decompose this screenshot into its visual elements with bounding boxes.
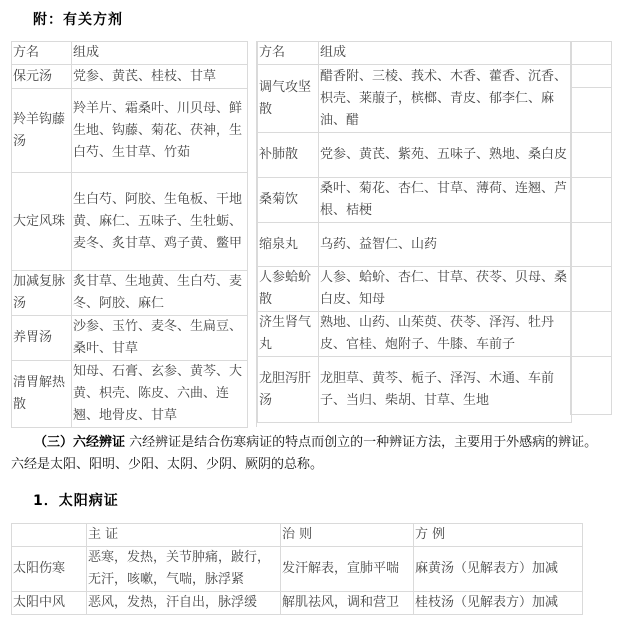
formula-table-right: 方名 组成 调气攻坚散 醋香附、三棱、莪术、木香、藿香、沉香、枳壳、莱菔子，槟榔… bbox=[257, 41, 572, 423]
formula-composition: 醋香附、三棱、莪术、木香、藿香、沉香、枳壳、莱菔子，槟榔、青皮、郁李仁、麻油、醋 bbox=[319, 65, 572, 133]
table-row: 羚羊钩藤汤 羚羊片、霜桑叶、川贝母、鲜生地、钩藤、菊花、茯神，生白芍、生甘草、竹… bbox=[12, 89, 248, 173]
table-separator-column bbox=[247, 41, 257, 427]
formula-name: 清胃解热散 bbox=[12, 361, 72, 428]
section-paragraph: （三）六经辨证 六经辨证是结合伤寒病证的特点而创立的一种辨证方法，主要用于外感病… bbox=[11, 432, 623, 476]
syndrome-formula: 桂枝汤（见解表方）加减 bbox=[414, 592, 583, 615]
section-text-line2: 六经是太阳、阳明、少阳、太阴、少阴、厥阴的总称。 bbox=[11, 454, 623, 476]
formula-table-extra-column bbox=[570, 41, 612, 415]
syndrome-symptoms: 恶风，发热，汗自出，脉浮缓 bbox=[87, 592, 281, 615]
empty-cell bbox=[571, 88, 612, 133]
formula-composition: 羚羊片、霜桑叶、川贝母、鲜生地、钩藤、菊花、茯神，生白芍、生甘草、竹茹 bbox=[72, 89, 248, 173]
formula-composition: 生白芍、阿胶、生龟板、干地黄、麻仁、五味子、生牡蛎、麦冬、炙甘草、鸡子黄、鳖甲 bbox=[72, 173, 248, 271]
header-symptoms: 主 证 bbox=[87, 524, 281, 547]
header-name: 方名 bbox=[12, 42, 72, 65]
header-name: 方名 bbox=[258, 42, 319, 65]
header-composition: 组成 bbox=[72, 42, 248, 65]
section-text-line1: 六经辨证是结合伤寒病证的特点而创立的一种辨证方法，主要用于外感病的辨证。 bbox=[125, 435, 597, 450]
header-principle: 治 则 bbox=[281, 524, 414, 547]
formula-name: 补肺散 bbox=[258, 133, 319, 178]
formula-name: 羚羊钩藤汤 bbox=[12, 89, 72, 173]
table-row: 补肺散 党参、黄芪、紫苑、五味子、熟地、桑白皮 bbox=[258, 133, 572, 178]
formula-name: 大定风珠 bbox=[12, 173, 72, 271]
formula-composition: 知母、石膏、玄参、黄芩、大黄、枳壳、陈皮、六曲、连翘、地骨皮、甘草 bbox=[72, 361, 248, 428]
header-composition: 组成 bbox=[319, 42, 572, 65]
empty-cell bbox=[571, 133, 612, 178]
header-formula: 方 例 bbox=[414, 524, 583, 547]
syndrome-type: 太阳中风 bbox=[12, 592, 87, 615]
empty-cell bbox=[571, 312, 612, 357]
formula-name: 保元汤 bbox=[12, 65, 72, 89]
table-row: 大定风珠 生白芍、阿胶、生龟板、干地黄、麻仁、五味子、生牡蛎、麦冬、炙甘草、鸡子… bbox=[12, 173, 248, 271]
formula-composition: 党参、黄芪、桂枝、甘草 bbox=[72, 65, 248, 89]
syndrome-table: 主 证 治 则 方 例 太阳伤寒 恶寒，发热，关节肿痛，跛行，无汗，咳嗽，气喘，… bbox=[11, 523, 583, 615]
formula-name: 缩泉丸 bbox=[258, 223, 319, 267]
table-row: 龙胆泻肝汤 龙胆草、黄芩、栀子、泽泻、木通、车前子、当归、柴胡、甘草、生地 bbox=[258, 357, 572, 423]
table-row: 保元汤 党参、黄芪、桂枝、甘草 bbox=[12, 65, 248, 89]
table-row: 人参蛤蚧散 人参、蛤蚧、杏仁、甘草、茯苓、贝母、桑白皮、知母 bbox=[258, 267, 572, 312]
empty-cell bbox=[571, 223, 612, 267]
formula-composition: 龙胆草、黄芩、栀子、泽泻、木通、车前子、当归、柴胡、甘草、生地 bbox=[319, 357, 572, 423]
table-row: 太阳伤寒 恶寒，发热，关节肿痛，跛行，无汗，咳嗽，气喘，脉浮紧 发汗解表，宣肺平… bbox=[12, 547, 583, 592]
formula-composition: 沙参、玉竹、麦冬、生扁豆、桑叶、甘草 bbox=[72, 316, 248, 361]
table-row: 太阳中风 恶风，发热，汗自出，脉浮缓 解肌祛风，调和营卫 桂枝汤（见解表方）加减 bbox=[12, 592, 583, 615]
formula-name: 龙胆泻肝汤 bbox=[258, 357, 319, 423]
formula-composition: 党参、黄芪、紫苑、五味子、熟地、桑白皮 bbox=[319, 133, 572, 178]
header-type bbox=[12, 524, 87, 547]
syndrome-formula: 麻黄汤（见解表方）加减 bbox=[414, 547, 583, 592]
formula-composition: 炙甘草、生地黄、生白芍、麦冬、阿胶、麻仁 bbox=[72, 271, 248, 316]
syndrome-principle: 发汗解表，宣肺平喘 bbox=[281, 547, 414, 592]
formula-composition: 人参、蛤蚧、杏仁、甘草、茯苓、贝母、桑白皮、知母 bbox=[319, 267, 572, 312]
syndrome-type: 太阳伤寒 bbox=[12, 547, 87, 592]
formula-name: 养胃汤 bbox=[12, 316, 72, 361]
formula-name: 济生肾气丸 bbox=[258, 312, 319, 357]
formula-name: 人参蛤蚧散 bbox=[258, 267, 319, 312]
formula-table-left: 方名 组成 保元汤 党参、黄芪、桂枝、甘草 羚羊钩藤汤 羚羊片、霜桑叶、川贝母、… bbox=[11, 41, 248, 428]
empty-cell bbox=[571, 357, 612, 415]
formula-name: 调气攻坚散 bbox=[258, 65, 319, 133]
formula-name: 加减复脉汤 bbox=[12, 271, 72, 316]
table-row: 调气攻坚散 醋香附、三棱、莪术、木香、藿香、沉香、枳壳、莱菔子，槟榔、青皮、郁李… bbox=[258, 65, 572, 133]
empty-cell bbox=[571, 267, 612, 312]
table-header-row: 方名 组成 bbox=[258, 42, 572, 65]
table-row: 缩泉丸 乌药、益智仁、山药 bbox=[258, 223, 572, 267]
table-row: 桑菊饮 桑叶、菊花、杏仁、甘草、薄荷、连翘、芦根、桔梗 bbox=[258, 178, 572, 223]
syndrome-principle: 解肌祛风，调和营卫 bbox=[281, 592, 414, 615]
table-row: 加减复脉汤 炙甘草、生地黄、生白芍、麦冬、阿胶、麻仁 bbox=[12, 271, 248, 316]
table-header-row: 主 证 治 则 方 例 bbox=[12, 524, 583, 547]
appendix-heading: 附：有关方剂 bbox=[33, 9, 123, 29]
empty-cell bbox=[571, 65, 612, 88]
formula-composition: 桑叶、菊花、杏仁、甘草、薄荷、连翘、芦根、桔梗 bbox=[319, 178, 572, 223]
syndrome-symptoms: 恶寒，发热，关节肿痛，跛行，无汗，咳嗽，气喘，脉浮紧 bbox=[87, 547, 281, 592]
empty-cell bbox=[571, 178, 612, 223]
formula-composition: 乌药、益智仁、山药 bbox=[319, 223, 572, 267]
formula-composition: 熟地、山药、山茱萸、茯苓、泽泻、牡丹皮、官桂、炮附子、牛膝、车前子 bbox=[319, 312, 572, 357]
table-row: 清胃解热散 知母、石膏、玄参、黄芩、大黄、枳壳、陈皮、六曲、连翘、地骨皮、甘草 bbox=[12, 361, 248, 428]
empty-cell bbox=[571, 42, 612, 65]
section-title: （三）六经辨证 bbox=[34, 435, 125, 450]
table-header-row: 方名 组成 bbox=[12, 42, 248, 65]
formula-name: 桑菊饮 bbox=[258, 178, 319, 223]
table-row: 济生肾气丸 熟地、山药、山茱萸、茯苓、泽泻、牡丹皮、官桂、炮附子、牛膝、车前子 bbox=[258, 312, 572, 357]
subsection-title: 1．太阳病证 bbox=[33, 490, 119, 510]
table-row: 养胃汤 沙参、玉竹、麦冬、生扁豆、桑叶、甘草 bbox=[12, 316, 248, 361]
